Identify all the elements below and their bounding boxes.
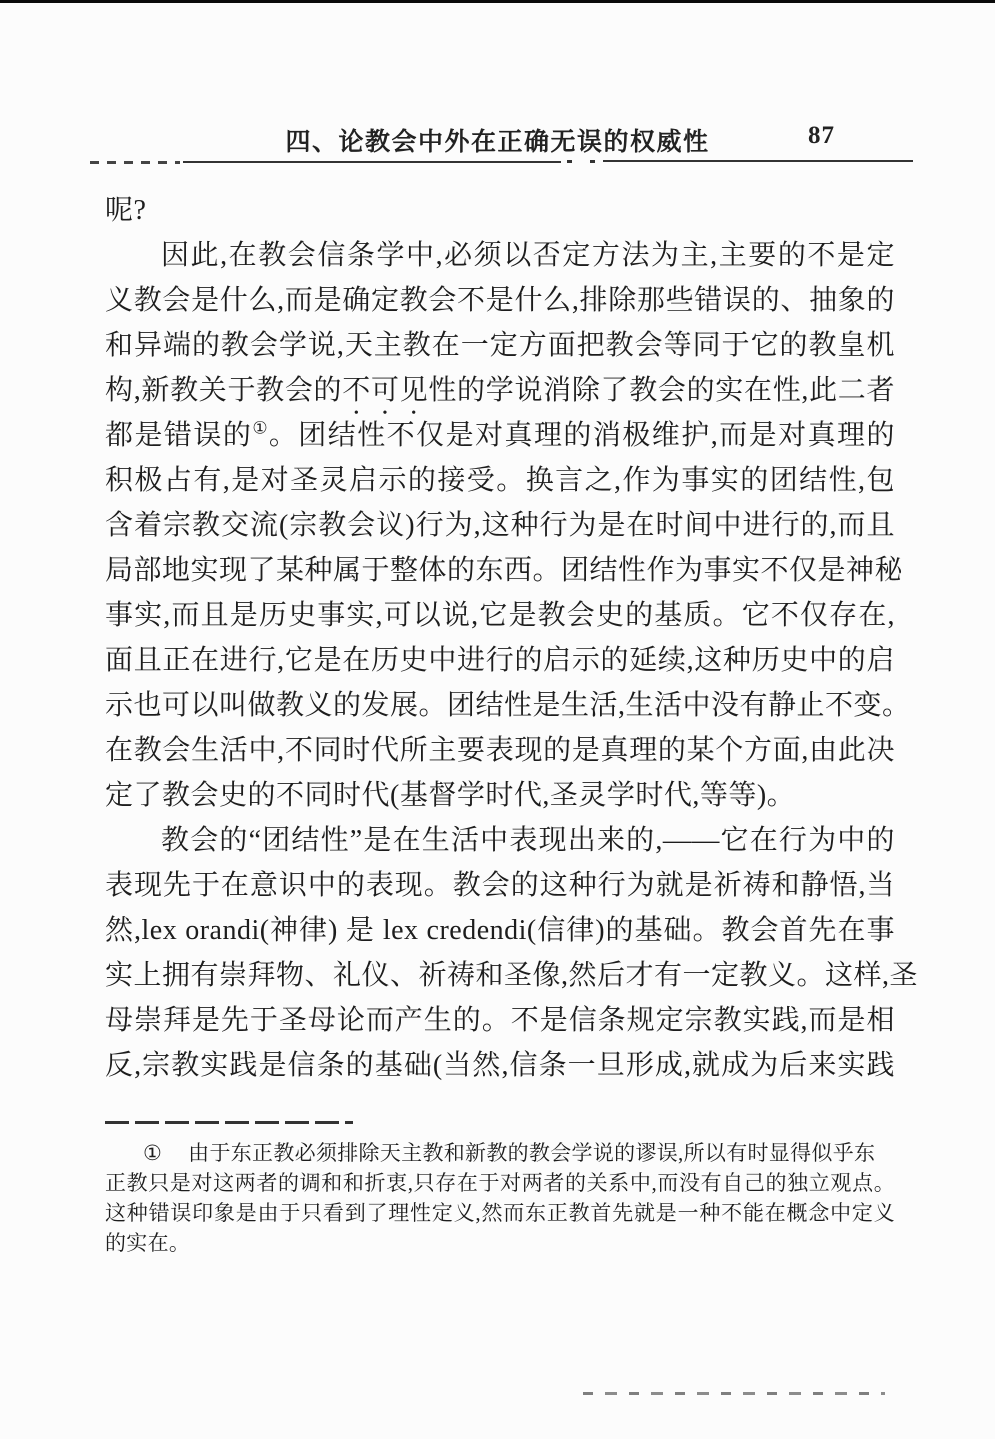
- body-line-with-emphasis: 构,新教关于教会的不可见性的学说消除了教会的实在性,此二者: [105, 368, 895, 413]
- body-line: 呢?: [105, 188, 895, 233]
- emphasized-text: 不可见: [342, 375, 428, 406]
- scan-edge-bar: [0, 0, 995, 3]
- footnote-text-segment: 由于东正教必须排除天主教和新教的教会学说的谬误,所以有时显得似乎东: [188, 1141, 875, 1165]
- body-line: 示也可以叫做教义的发展。团结性是生活,生活中没有静止不变。: [105, 683, 895, 728]
- body-text-segment: 。团结性不仅是对真理的消极维护,而是对真理的: [269, 420, 895, 451]
- footnote-separator-rule: [105, 1121, 353, 1124]
- body-line: 反,宗教实践是信条的基础(当然,信条一旦形成,就成为后来实践: [105, 1043, 895, 1088]
- body-line: 含着宗教交流(宗教会议)行为,这种行为是在时间中进行的,而且: [105, 503, 895, 548]
- page-number: 87: [808, 122, 835, 150]
- head-rule-dashes: [90, 161, 180, 164]
- body-line: 母崇拜是先于圣母论而产生的。不是信条规定宗教实践,而是相: [105, 998, 895, 1043]
- footnote-line: ①由于东正教必须排除天主教和新教的教会学说的谬误,所以有时显得似乎东: [105, 1138, 895, 1168]
- body-line: 义教会是什么,而是确定教会不是什么,排除那些错误的、抽象的: [105, 278, 895, 323]
- body-text-segment: 都是错误的: [105, 420, 252, 451]
- footnote-marker: ①: [143, 1141, 162, 1165]
- body-line: 定了教会史的不同时代(基督学时代,圣灵学时代,等等)。: [105, 773, 895, 818]
- scanned-book-page: 四、论教会中外在正确无误的权威性 87 呢? 因此,在教会信条学中,必须以否定方…: [0, 0, 995, 1439]
- body-line: 教会的“团结性”是在生活中表现出来的,——它在行为中的: [105, 818, 895, 863]
- body-text: 呢? 因此,在教会信条学中,必须以否定方法为主,主要的不是定 义教会是什么,而是…: [105, 188, 895, 1088]
- head-rule-right-segment: [603, 160, 913, 162]
- footnote-line: 正教只是对这两者的调和和折衷,只存在于对两者的关系中,而没有自己的独立观点。: [105, 1168, 895, 1198]
- body-text-segment: 性的学说消除了教会的实在性,此二者: [428, 375, 895, 406]
- footnote-reference-mark: ①: [252, 419, 269, 438]
- body-line: 在教会生活中,不同时代所主要表现的是真理的某个方面,由此决: [105, 728, 895, 773]
- scan-artifact-dashes: [583, 1392, 885, 1395]
- head-rule-dot: [567, 160, 572, 163]
- body-line: 和异端的教会学说,天主教在一定方面把教会等同于它的教皇机: [105, 323, 895, 368]
- body-line-with-footnote-ref: 都是错误的①。团结性不仅是对真理的消极维护,而是对真理的: [105, 413, 895, 458]
- running-head: 四、论教会中外在正确无误的权威性 87: [0, 122, 995, 158]
- footnote-line: 这种错误印象是由于只看到了理性定义,然而东正教首先就是一种不能在概念中定义: [105, 1198, 895, 1228]
- body-line: 因此,在教会信条学中,必须以否定方法为主,主要的不是定: [105, 233, 895, 278]
- body-line: 积极占有,是对圣灵启示的接受。换言之,作为事实的团结性,包: [105, 458, 895, 503]
- body-line: 局部地实现了某种属于整体的东西。团结性作为事实不仅是神秘: [105, 548, 895, 593]
- body-text-segment: 构,新教关于教会的: [105, 375, 342, 406]
- head-rule-left-segment: [183, 161, 561, 163]
- body-line: 事实,而且是历史事实,可以说,它是教会史的基质。它不仅存在,: [105, 593, 895, 638]
- head-rule-dot: [590, 160, 595, 163]
- footnote: ①由于东正教必须排除天主教和新教的教会学说的谬误,所以有时显得似乎东 正教只是对…: [105, 1138, 895, 1258]
- body-line: 然,lex orandi(神律) 是 lex credendi(信律)的基础。教…: [105, 908, 895, 953]
- body-line: 实上拥有崇拜物、礼仪、祈祷和圣像,然后才有一定教义。这样,圣: [105, 953, 895, 998]
- body-line: 面且正在进行,它是在历史中进行的启示的延续,这种历史中的启: [105, 638, 895, 683]
- body-line: 表现先于在意识中的表现。教会的这种行为就是祈祷和静悟,当: [105, 863, 895, 908]
- chapter-title: 四、论教会中外在正确无误的权威性: [0, 122, 995, 158]
- footnote-line: 的实在。: [105, 1228, 895, 1258]
